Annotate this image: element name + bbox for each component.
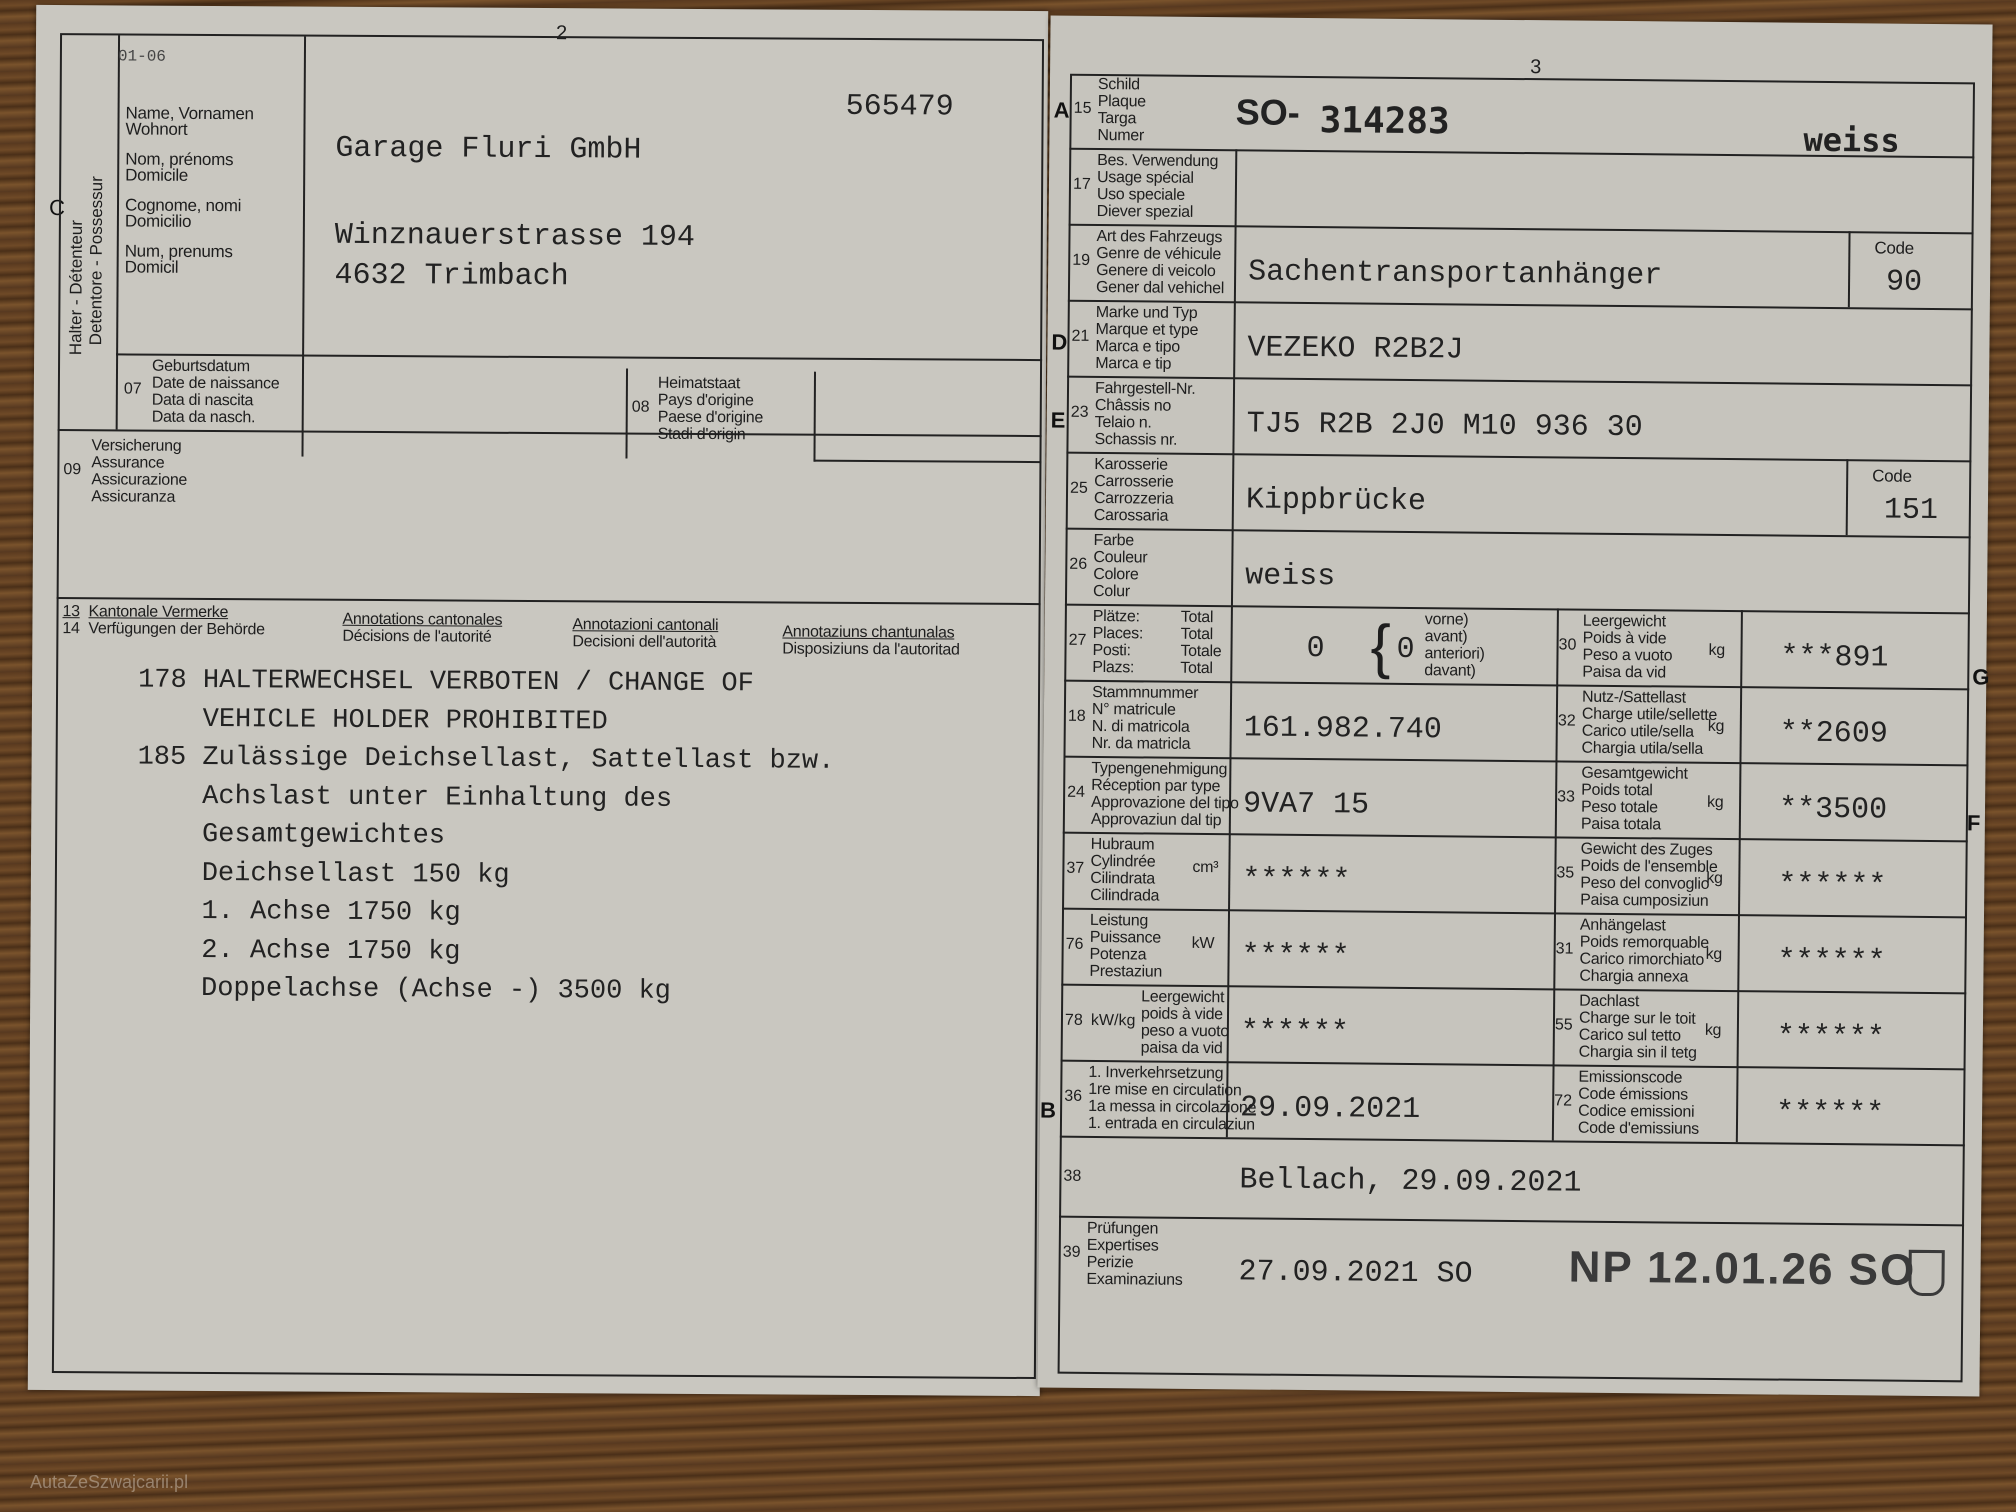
field-26-number: 26 — [1069, 556, 1087, 574]
field-39-value: 27.09.2021 SO — [1238, 1255, 1472, 1291]
field-26-labels: FarbeCouleurColoreColur — [1093, 532, 1148, 601]
page-number: 3 — [1530, 56, 1541, 79]
annotation-line: 185 Zulässige Deichsellast, Sattellast b… — [138, 743, 835, 777]
field-19-labels: Art des FahrzeugsGenre de véhiculeGenere… — [1096, 228, 1225, 297]
field-32-number: 32 — [1558, 712, 1576, 730]
field-55-labels: DachlastCharge sur le toitCarico sul tet… — [1579, 993, 1698, 1062]
field-27-front-value: 0 — [1396, 633, 1414, 667]
field-55-unit: kg — [1705, 1022, 1721, 1039]
holder-labels: Name, VornamenWohnort Nom, prénomsDomici… — [125, 105, 254, 276]
stamp-top: 01-06 — [118, 47, 166, 65]
annotations-rm: Annotaziuns chantunalasDisposiziuns da l… — [782, 623, 959, 658]
holder-city: 4632 Trimbach — [334, 259, 568, 294]
plate-number: 314283 — [1319, 100, 1449, 142]
field-35-labels: Gewicht des ZugesPoids de l'ensemblePeso… — [1580, 841, 1718, 910]
field-72-labels: EmissionscodeCode émissionsCodice emissi… — [1578, 1069, 1700, 1138]
field-25-code: 151 — [1884, 494, 1938, 529]
marker-a: A — [1054, 98, 1070, 124]
inspection-stamp: NP 12.01.26 SO — [1568, 1243, 1916, 1296]
field-27-number: 27 — [1069, 632, 1087, 650]
plate-canton: SO- — [1235, 91, 1299, 134]
field-25-number: 25 — [1070, 480, 1088, 498]
field-78-unit: kW/kg — [1091, 1012, 1136, 1030]
right-rows: Bes. VerwendungUsage spécialUso speciale… — [1051, 16, 1993, 25]
field-76-value: ****** — [1241, 939, 1349, 974]
field-08-labels: HeimatstaatPays d'originePaese d'origine… — [658, 375, 764, 444]
marker-f: F — [1967, 810, 1981, 836]
field-32-value: **2609 — [1780, 717, 1888, 752]
field-72-number: 72 — [1554, 1092, 1572, 1110]
field-21-labels: Marke und TypMarque et typeMarca e tipoM… — [1095, 304, 1198, 373]
holder-vertical-label: Detentore - Possessur — [86, 176, 107, 345]
field-25-code-label: Code — [1872, 467, 1912, 484]
field-35-unit: kg — [1706, 870, 1722, 887]
field-17-number: 17 — [1073, 176, 1091, 194]
field-17-labels: Bes. VerwendungUsage spécialUso speciale… — [1097, 152, 1219, 221]
field-31-value: ****** — [1777, 945, 1885, 980]
field-35-value: ****** — [1778, 869, 1886, 904]
field-55-value: ****** — [1777, 1021, 1885, 1056]
annotations-nums: 1314 — [62, 603, 79, 637]
field-55-number: 55 — [1555, 1016, 1573, 1034]
field-33-unit: kg — [1707, 794, 1723, 811]
right-page: 3 A D E G F B 15 SchildPlaqueTargaNumer … — [1037, 16, 1992, 1397]
field-24-number: 24 — [1067, 784, 1085, 802]
field-32-unit: kg — [1708, 718, 1724, 735]
field-31-labels: AnhängelastPoids remorquableCarico rimor… — [1579, 917, 1709, 986]
field-25-labels: KarosserieCarrosserieCarrozzeriaCarossar… — [1094, 456, 1174, 525]
field-31-number: 31 — [1556, 940, 1574, 958]
field-33-number: 33 — [1557, 788, 1575, 806]
holder-street: Winznauerstrasse 194 — [335, 219, 695, 255]
brace: { — [1370, 617, 1390, 677]
field-30-labels: LeergewichtPoids à videPeso a vuotoPaisa… — [1582, 613, 1672, 682]
annotations-de: Kantonale VermerkeVerfügungen der Behörd… — [88, 603, 265, 638]
holder-name: Garage Fluri GmbH — [335, 132, 641, 168]
marker-e: E — [1051, 408, 1066, 434]
field-39-number: 39 — [1063, 1244, 1081, 1262]
field-37-labels: HubraumCylindréeCilindrataCilindrada — [1090, 836, 1160, 905]
marker-d: D — [1051, 330, 1067, 356]
field-36-number: 36 — [1064, 1088, 1082, 1106]
field-37-value: ****** — [1242, 863, 1350, 898]
field-21-number: 21 — [1071, 328, 1089, 346]
field-23-number: 23 — [1071, 404, 1089, 422]
field-30-value: ***891 — [1780, 641, 1888, 676]
watermark: AutaZeSzwajcarii.pl — [30, 1472, 188, 1493]
field-27-total-value: 0 — [1306, 632, 1324, 666]
field-25-value: Kippbrücke — [1246, 483, 1426, 519]
field-27-totals: TotalTotalTotaleTotal — [1180, 609, 1222, 677]
field-18-value: 161.982.740 — [1244, 711, 1442, 747]
marker-b: B — [1040, 1097, 1056, 1123]
field-23-value: TJ5 R2B 2J0 M10 936 30 — [1247, 407, 1643, 445]
field-07-number: 07 — [124, 380, 142, 398]
field-27-front-labels: vorne)avant)anteriori)davant) — [1424, 611, 1485, 680]
field-15-number: 15 — [1074, 100, 1092, 118]
field-07-labels: GeburtsdatumDate de naissanceData di nas… — [152, 358, 280, 427]
field-24-value: 9VA7 15 — [1243, 787, 1369, 822]
field-30-unit: kg — [1708, 642, 1724, 659]
field-19-value: Sachentransportanhänger — [1248, 255, 1662, 293]
field-23-labels: Fahrgestell-Nr.Châssis noTelaio n.Schass… — [1094, 380, 1195, 449]
annotation-line: 1. Achse 1750 kg — [137, 897, 461, 929]
annotation-line: Deichsellast 150 kg — [137, 858, 510, 890]
plate-color: weiss — [1803, 121, 1900, 160]
annotations-fr: Annotations cantonalesDécisions de l'aut… — [342, 611, 502, 646]
annotation-line: VEHICLE HOLDER PROHIBITED — [138, 704, 608, 737]
field-26-value: weiss — [1245, 559, 1335, 594]
canton-shield-icon — [1908, 1250, 1944, 1296]
field-32-labels: Nutz-/SattellastCharge utile/selletteCar… — [1582, 689, 1718, 758]
field-09-number: 09 — [63, 461, 81, 479]
field-19-number: 19 — [1072, 252, 1090, 270]
left-page: 2 C 01-06 Halter - Détenteur Detentore -… — [28, 5, 1048, 1396]
field-31-unit: kg — [1706, 946, 1722, 963]
field-78-labels: Leergewichtpoids à videpeso a vuotopaisa… — [1141, 988, 1230, 1057]
field-72-value: ****** — [1776, 1097, 1884, 1132]
field-37-number: 37 — [1066, 860, 1084, 878]
field-38-value: Bellach, 29.09.2021 — [1239, 1163, 1581, 1200]
field-39-labels: PrüfungenExpertisesPerizieExaminaziuns — [1086, 1220, 1183, 1289]
field-27-labels: Plätze:Places:Posti:Plazs: — [1092, 608, 1143, 676]
marker-g: G — [1972, 664, 1989, 690]
field-76-unit: kW — [1192, 935, 1215, 952]
field-37-unit: cm³ — [1192, 859, 1218, 876]
field-15-labels: SchildPlaqueTargaNumer — [1097, 76, 1146, 144]
field-76-labels: LeistungPuissancePotenzaPrestaziun — [1089, 912, 1162, 981]
annotation-line: Gesamtgewichtes — [137, 820, 445, 852]
field-08-number: 08 — [632, 399, 650, 417]
field-30-number: 30 — [1558, 636, 1576, 654]
field-33-value: **3500 — [1779, 793, 1887, 828]
field-19-code-label: Code — [1874, 239, 1914, 256]
field-09-labels: VersicherungAssuranceAssicurazioneAssicu… — [91, 437, 187, 506]
annotation-line: Doppelachse (Achse -) 3500 kg — [136, 974, 671, 1007]
field-21-value: VEZEKO R2B2J — [1247, 331, 1463, 367]
holder-vertical-label: Halter - Détenteur — [66, 220, 87, 355]
record-number: 565479 — [846, 90, 954, 125]
field-35-number: 35 — [1556, 864, 1574, 882]
field-38-number: 38 — [1063, 1168, 1081, 1186]
annotation-line: 2. Achse 1750 kg — [136, 935, 460, 967]
annotation-line: 178 HALTERWECHSEL VERBOTEN / CHANGE OF — [138, 666, 754, 700]
field-76-number: 76 — [1066, 936, 1084, 954]
field-78-number: 78 — [1065, 1012, 1083, 1030]
field-36-value: 29.09.2021 — [1240, 1091, 1420, 1127]
field-33-labels: GesamtgewichtPoids totalPeso totalePaisa… — [1581, 765, 1688, 834]
annotations-it: Annotazioni cantonaliDecisioni dell'auto… — [572, 616, 718, 651]
field-19-code: 90 — [1886, 266, 1922, 300]
field-18-number: 18 — [1068, 708, 1086, 726]
field-36-labels: 1. Inverkehrsetzung1re mise en circulati… — [1088, 1064, 1257, 1134]
field-18-labels: StammnummerN° matriculeN. di matricolaNr… — [1092, 684, 1199, 753]
field-24-labels: TypengenehmigungRéception par typeApprov… — [1091, 760, 1239, 829]
field-78-value: ****** — [1241, 1015, 1349, 1050]
annotation-line: Achslast unter Einhaltung des — [137, 781, 672, 814]
